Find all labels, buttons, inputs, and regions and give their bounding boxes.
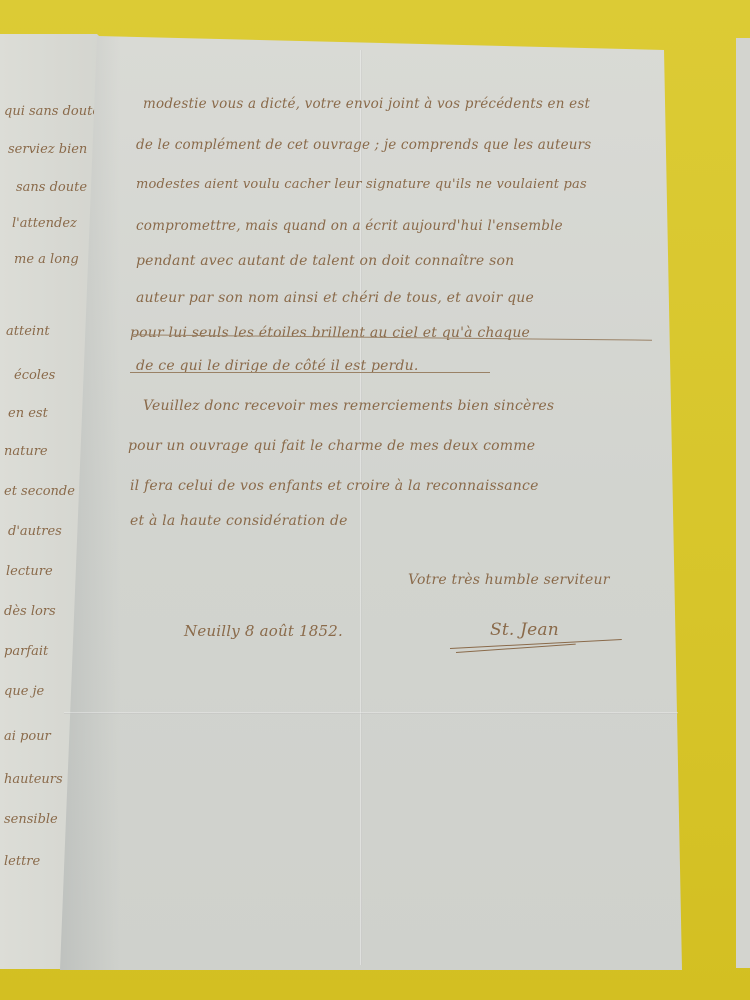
left-fragment: sensible: [4, 812, 58, 827]
letter-line: il fera celui de vos enfants et croire à…: [130, 478, 539, 494]
left-fragment: d'autres: [8, 524, 62, 539]
left-fragment: l'attendez: [12, 216, 77, 231]
letter-line: de le complément de cet ouvrage ; je com…: [136, 137, 591, 153]
letter-line: pour un ouvrage qui fait le charme de me…: [128, 438, 535, 454]
left-fragment: que je: [4, 684, 44, 699]
left-fragment: me a long: [14, 252, 79, 267]
letter-line: et à la haute considération de: [130, 513, 348, 529]
letter-line: modestes aient voulu cacher leur signatu…: [136, 177, 587, 192]
letter-line: modestie vous a dicté, votre envoi joint…: [143, 96, 590, 112]
letter-line: pendant avec autant de talent on doit co…: [136, 253, 514, 269]
right-letter-page-edge: [736, 38, 750, 968]
left-fragment: ai pour: [4, 729, 51, 744]
left-fragment: nature: [4, 444, 48, 459]
left-fragment: hauteurs: [4, 772, 63, 787]
left-fragment: qui sans doute: [4, 104, 100, 119]
left-fragment: et seconde: [4, 484, 75, 499]
letter-line: Veuillez donc recevoir mes remerciements…: [143, 398, 554, 414]
left-fragment: dès lors: [4, 604, 56, 619]
text-underline: [130, 372, 490, 373]
signature: St. Jean: [490, 620, 559, 640]
letter-line: auteur par son nom ainsi et chéri de tou…: [136, 290, 534, 306]
closing-salutation: Votre très humble serviteur: [408, 572, 610, 588]
left-fragment: lecture: [6, 564, 53, 579]
letter-line: compromettre, mais quand on a écrit aujo…: [136, 218, 563, 234]
place-and-date: Neuilly 8 août 1852.: [184, 622, 343, 640]
left-fragment: en est: [8, 406, 48, 421]
left-fragment: parfait: [4, 644, 48, 659]
left-fragment: atteint: [6, 324, 50, 339]
left-fragment: lettre: [4, 854, 40, 869]
horizontal-fold-line: [64, 712, 678, 714]
left-fragment: serviez bien: [8, 142, 87, 157]
left-fragment: sans doute: [16, 180, 87, 195]
left-fragment: écoles: [14, 368, 55, 383]
